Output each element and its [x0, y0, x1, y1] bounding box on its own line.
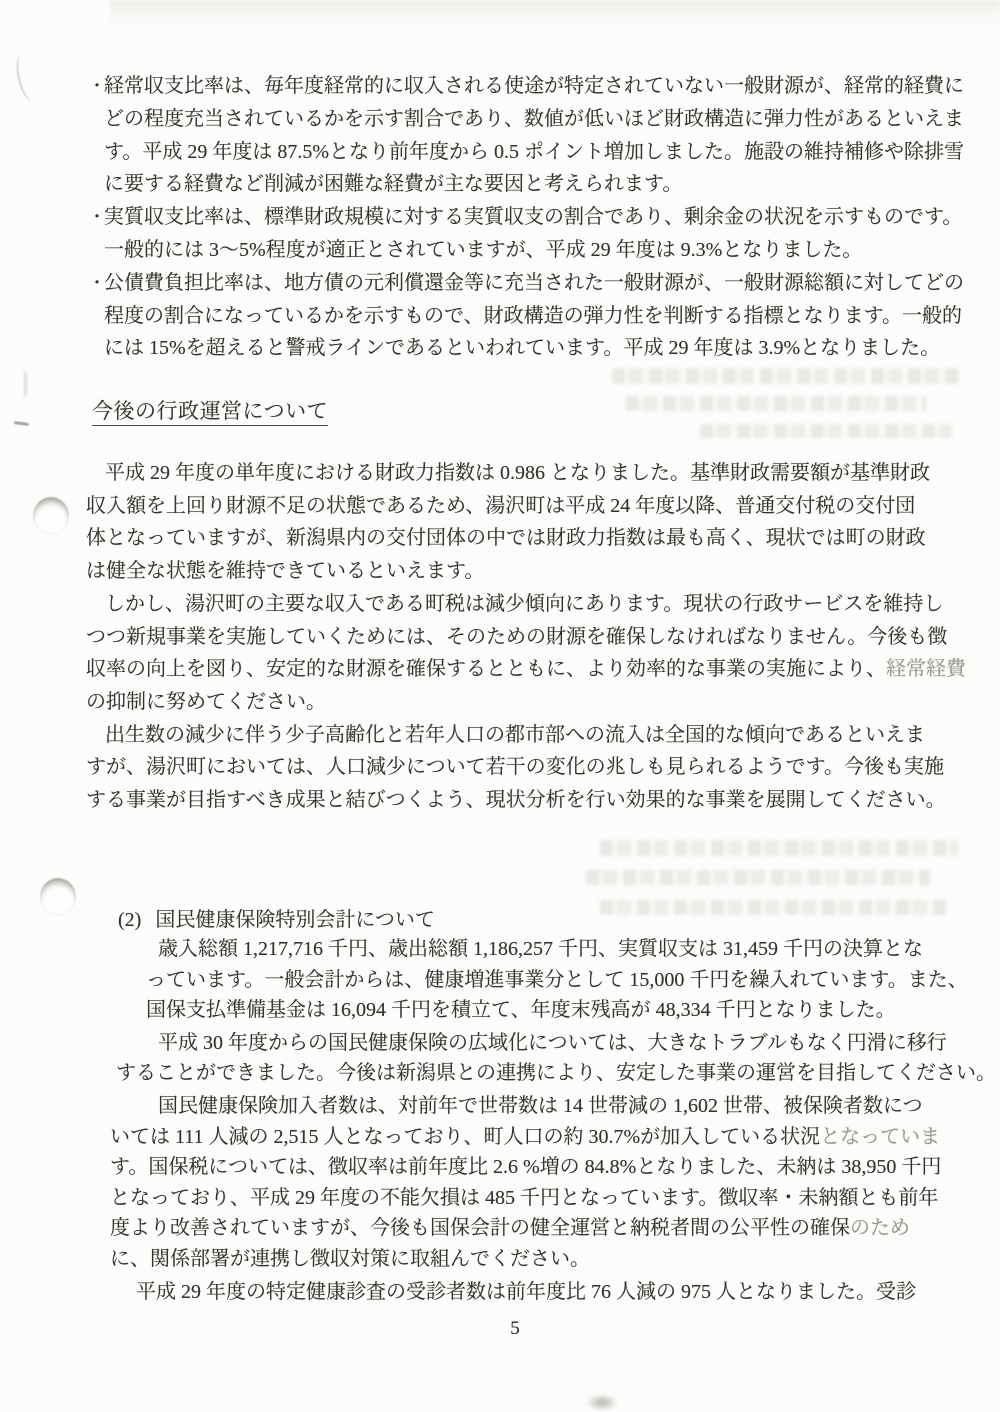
- text-line: 公債費負担比率は、地方債の元利償還金等に充当された一般財源が、一般財源総額に対し…: [104, 267, 958, 300]
- page-number: 5: [0, 1318, 1000, 1340]
- scan-smudge: [586, 1394, 618, 1411]
- subsection-number: (2): [118, 909, 141, 931]
- section-body: 平成 29 年度の単年度における財政力指数は 0.986 となりました。基準財政…: [86, 457, 958, 817]
- subsection-body: 歳入総額 1,217,716 千円、歳出総額 1,186,257 千円、実質収支…: [146, 934, 958, 1309]
- scanned-document-page: ・ 経常収支比率は、毎年度経常的に収入される使途が特定されていない一般財源が、経…: [0, 0, 1000, 1412]
- text-line: に、関係部署が連携し徴収対策に取組んでください。: [110, 1244, 958, 1275]
- text-line: には 15%を超えると警戒ラインであるといわれています。平成 29 年度は 3.…: [104, 332, 958, 365]
- subsection-heading: (2) 国民健康保険特別会計について: [118, 903, 435, 932]
- text-line: は健全な状態を維持できているといえます。: [86, 555, 958, 588]
- text-line: 度より改善されていますが、今後も国保会計の健全運営と納税者間の公平性の確保のため: [110, 1213, 958, 1244]
- text-line: 国民健康保険加入者数は、対前年で世帯数は 14 世帯減の 1,602 世帯、被保…: [146, 1091, 958, 1122]
- bleed-through-text-artifact: [600, 900, 946, 915]
- text-line: 平成 29 年度の特定健康診査の受診者数は前年度比 76 人減の 975 人とな…: [124, 1277, 958, 1308]
- text-line: 一般的には 3〜5%程度が適正とされていますが、平成 29 年度は 9.3%とな…: [104, 234, 958, 267]
- text-segment: いては 111 人減の 2,515 人となっており、町人口の約 30.7%が加入…: [110, 1126, 820, 1148]
- text-line: 平成 29 年度の単年度における財政力指数は 0.986 となりました。基準財政…: [86, 457, 958, 490]
- paragraph-nhi-settlement: 歳入総額 1,217,716 千円、歳出総額 1,186,257 千円、実質収支…: [146, 934, 958, 1026]
- scan-edge-mark: [14, 421, 29, 425]
- bullet-kousaihi-futan-hiritsu: ・ 公債費負担比率は、地方債の元利償還金等に充当された一般財源が、一般財源総額に…: [88, 267, 958, 365]
- text-line: する事業が目指すべき成果と結びつくよう、現状分析を行い効果的な事業を展開してくだ…: [86, 784, 958, 817]
- bleed-through-text-artifact: [600, 840, 958, 856]
- text-line: 体となっていますが、新潟県内の交付団体の中では財政力指数は最も高く、現状では町の…: [86, 522, 958, 555]
- bleed-through-text-artifact: [612, 368, 960, 384]
- faded-text-segment: のため: [850, 1217, 910, 1239]
- text-line: することができました。今後は新潟県との連携により、安定した事業の運営を目指してく…: [116, 1058, 958, 1089]
- text-line: つつ新規事業を実施していくためには、そのための財源を確保しなければなりません。今…: [86, 621, 958, 654]
- scan-corner-mark: [13, 54, 42, 103]
- text-segment: 収率の向上を図り、安定的な財源を確保するとともに、より効率的な事業の実施により、: [86, 658, 886, 680]
- text-line: 出生数の減少に伴う少子高齢化と若年人口の都市部への流入は全国的な傾向であるといえ…: [86, 719, 958, 752]
- hole-punch: [33, 497, 69, 535]
- text-line: しかし、湯沢町の主要な収入である町税は減少傾向にあります。現状の行政サービスを維…: [86, 588, 958, 621]
- section-heading-wrap: 今後の行政運営について: [92, 395, 328, 425]
- paragraph-nhi-regionalization: 平成 30 年度からの国民健康保険の広域化については、大きなトラブルもなく円滑に…: [146, 1028, 958, 1089]
- text-line: す。平成 29 年度は 87.5%となり前年度から 0.5 ポイント増加しました…: [104, 136, 958, 169]
- faded-text-segment: 経常経費: [886, 658, 966, 680]
- text-line: 歳入総額 1,217,716 千円、歳出総額 1,186,257 千円、実質収支…: [146, 934, 958, 965]
- text-line: 収入額を上回り財源不足の状態であるため、湯沢町は平成 24 年度以降、普通交付税…: [86, 490, 958, 523]
- text-line: す。国保税については、徴収率は前年度比 2.6 %増の 84.8%となりました、…: [110, 1152, 958, 1183]
- paragraph-town-tax: しかし、湯沢町の主要な収入である町税は減少傾向にあります。現状の行政サービスを維…: [86, 588, 958, 719]
- bullet-marker: ・: [88, 70, 106, 103]
- section-heading: 今後の行政運営について: [92, 399, 328, 426]
- scan-edge-noise: [110, 0, 1000, 30]
- subsection-title: 国民健康保険特別会計について: [155, 909, 435, 931]
- paragraph-nhi-members: 国民健康保険加入者数は、対前年で世帯数は 14 世帯減の 1,602 世帯、被保…: [146, 1091, 958, 1275]
- bullet-text: 実質収支比率は、標準財政規模に対する実質収支の割合であり、剰余金の状況を示すもの…: [104, 201, 958, 267]
- bullet-jisshitsu-shushi-hiritsu: ・ 実質収支比率は、標準財政規模に対する実質収支の割合であり、剰余金の状況を示す…: [88, 201, 958, 267]
- text-line: 国保支払準備基金は 16,094 千円を積立て、年度末残高が 48,334 千円…: [146, 995, 958, 1026]
- bullet-text: 公債費負担比率は、地方債の元利償還金等に充当された一般財源が、一般財源総額に対し…: [104, 267, 958, 365]
- text-line: 収率の向上を図り、安定的な財源を確保するとともに、より効率的な事業の実施により、…: [86, 653, 958, 686]
- bleed-through-text-artifact: [626, 396, 926, 411]
- text-line: どの程度充当されているかを示す割合であり、数値が低いほど財政構造に弾力性があると…: [104, 103, 958, 136]
- faded-text-segment: となっていま: [820, 1126, 940, 1148]
- bleed-through-text-artifact: [700, 424, 952, 438]
- bleed-through-text-artifact: [586, 870, 930, 885]
- paragraph-health-checkup: 平成 29 年度の特定健康診査の受診者数は前年度比 76 人減の 975 人とな…: [124, 1277, 958, 1308]
- text-line: 平成 30 年度からの国民健康保険の広域化については、大きなトラブルもなく円滑に…: [146, 1028, 958, 1059]
- text-line: 実質収支比率は、標準財政規模に対する実質収支の割合であり、剰余金の状況を示すもの…: [104, 201, 958, 234]
- text-line: に要する経費など削減が困難な経費が主な要因と考えられます。: [104, 168, 958, 201]
- text-segment: 度より改善されていますが、今後も国保会計の健全運営と納税者間の公平性の確保: [110, 1217, 850, 1239]
- text-line: っています。一般会計からは、健康増進事業分として 15,000 千円を繰入れてい…: [146, 965, 958, 996]
- text-line: 経常収支比率は、毎年度経常的に収入される使途が特定されていない一般財源が、経常的…: [104, 70, 958, 103]
- bullet-marker: ・: [88, 267, 106, 300]
- text-line: いては 111 人減の 2,515 人となっており、町人口の約 30.7%が加入…: [110, 1122, 958, 1153]
- bullet-marker: ・: [88, 201, 106, 234]
- text-line: すが、湯沢町においては、人口減少について若干の変化の兆しも見られるようです。今後…: [86, 751, 958, 784]
- scan-edge-mark: [24, 372, 27, 396]
- hole-punch: [40, 878, 76, 916]
- indicator-bullet-list: ・ 経常収支比率は、毎年度経常的に収入される使途が特定されていない一般財源が、経…: [88, 70, 958, 365]
- text-line: となっており、平成 29 年度の不能欠損は 485 千円となっています。徴収率・…: [110, 1183, 958, 1214]
- paragraph-population: 出生数の減少に伴う少子高齢化と若年人口の都市部への流入は全国的な傾向であるといえ…: [86, 719, 958, 817]
- paragraph-fiscal-index: 平成 29 年度の単年度における財政力指数は 0.986 となりました。基準財政…: [86, 457, 958, 588]
- bullet-text: 経常収支比率は、毎年度経常的に収入される使途が特定されていない一般財源が、経常的…: [104, 70, 958, 201]
- text-line: の抑制に努めてください。: [86, 686, 958, 719]
- bullet-keijou-shushi-hiritsu: ・ 経常収支比率は、毎年度経常的に収入される使途が特定されていない一般財源が、経…: [88, 70, 958, 201]
- text-line: 程度の割合になっているかを示すもので、財政構造の弾力性を判断する指標となります。…: [104, 300, 958, 333]
